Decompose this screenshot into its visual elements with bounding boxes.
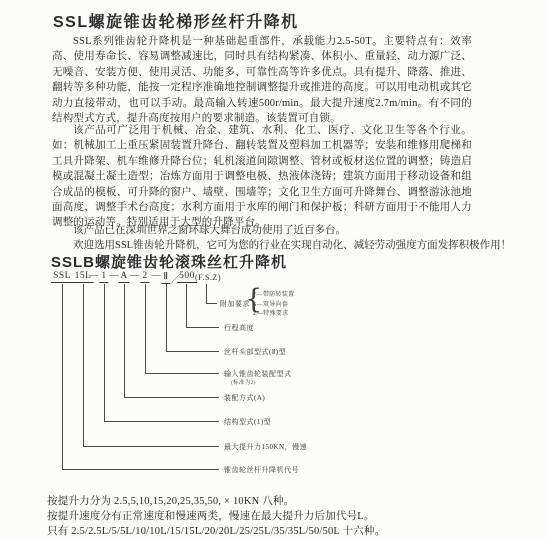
applications-paragraph: 该产品可广泛用于机械、冶金、建筑、水利、化工、医疗、文化卫生等各个行业。如：机械… bbox=[52, 123, 472, 231]
requirement-item-special: Z—特殊要求 bbox=[253, 308, 288, 317]
section-title: SSLB螺旋锥齿轮滚珠丝杠升降机 bbox=[51, 251, 287, 272]
note-lift-force-range: 按提升力分为 2.5,5,10,15,20,25,35,50, × 10KN 八… bbox=[47, 494, 517, 509]
model-segment-series: SSL bbox=[51, 271, 73, 283]
branch-label-series-code: 锥齿轮丝杆升降机代号 bbox=[224, 465, 299, 475]
model-segment-structure: 1 bbox=[99, 271, 108, 283]
leader-line bbox=[145, 373, 219, 374]
reference-line: 该产品已在深圳世界之窗环球大舞台成功使用了近百多台。 bbox=[52, 222, 492, 237]
requirement-item-double-guide: S—双导向套 bbox=[253, 299, 288, 308]
branch-label-max-lift-force: 最大提升力150KN，慢速 bbox=[224, 442, 307, 452]
intro-paragraph: SSL系列锥齿轮升降机是一种基础起重部件，承载能力2.5-50T。主要特点有：效… bbox=[52, 34, 472, 126]
model-segment-screw-head: Ⅱ bbox=[161, 271, 170, 284]
branch-label-stroke-height: 行程高度 bbox=[224, 323, 254, 333]
leader-line bbox=[104, 421, 219, 422]
note-sixteen-variants: 只有 2.5/2.5L/5/5L/10/10L/15/15L/20/20L/25… bbox=[47, 524, 517, 539]
model-segment-gear-config: 2 bbox=[140, 271, 149, 283]
model-separator: — bbox=[109, 271, 119, 281]
leader-line bbox=[104, 284, 105, 421]
leader-line bbox=[62, 284, 63, 469]
note-speed-classes: 按提升速度分有正常速度和慢速两类，慢速在最大提升力后加代号L。 bbox=[47, 509, 517, 524]
model-separator: — bbox=[130, 271, 140, 281]
leader-line bbox=[206, 303, 217, 304]
leader-line bbox=[206, 284, 207, 303]
model-separator: — bbox=[89, 271, 99, 281]
leader-line bbox=[83, 284, 84, 446]
leader-line bbox=[166, 351, 219, 352]
leader-line bbox=[124, 284, 125, 397]
branch-label-screw-head-type: 丝杆头部型式(Ⅱ)型 bbox=[224, 347, 286, 357]
leader-line bbox=[186, 327, 219, 328]
requirement-item-anti-rotation: F—带防转装置 bbox=[253, 289, 294, 298]
leader-line bbox=[166, 284, 167, 351]
leader-line bbox=[83, 446, 219, 447]
model-segment-extras: (F.S.Z) bbox=[193, 273, 223, 283]
page-title: SSL螺旋锥齿轮梯形丝杆升降机 bbox=[53, 9, 299, 32]
model-segment-assembly: A bbox=[118, 271, 129, 283]
leader-line bbox=[62, 469, 219, 470]
model-separator: — bbox=[151, 271, 161, 281]
branch-sublabel-standard: (标准为2) bbox=[231, 378, 256, 386]
leader-line bbox=[145, 284, 146, 373]
welcome-line: 欢迎选用SSL锥齿轮升降机，它可为您的行业在实现自动化、减轻劳动强度方面发挥积极… bbox=[52, 237, 492, 252]
catalog-page: SSL螺旋锥齿轮梯形丝杆升降机 SSL系列锥齿轮升降机是一种基础起重部件，承载能… bbox=[0, 0, 547, 540]
leader-line bbox=[186, 284, 187, 327]
branch-label-assembly-mode: 装配方式(A) bbox=[224, 393, 265, 403]
leader-line bbox=[124, 397, 219, 398]
branch-label-structure-type: 结构型式(1)型 bbox=[224, 417, 271, 427]
